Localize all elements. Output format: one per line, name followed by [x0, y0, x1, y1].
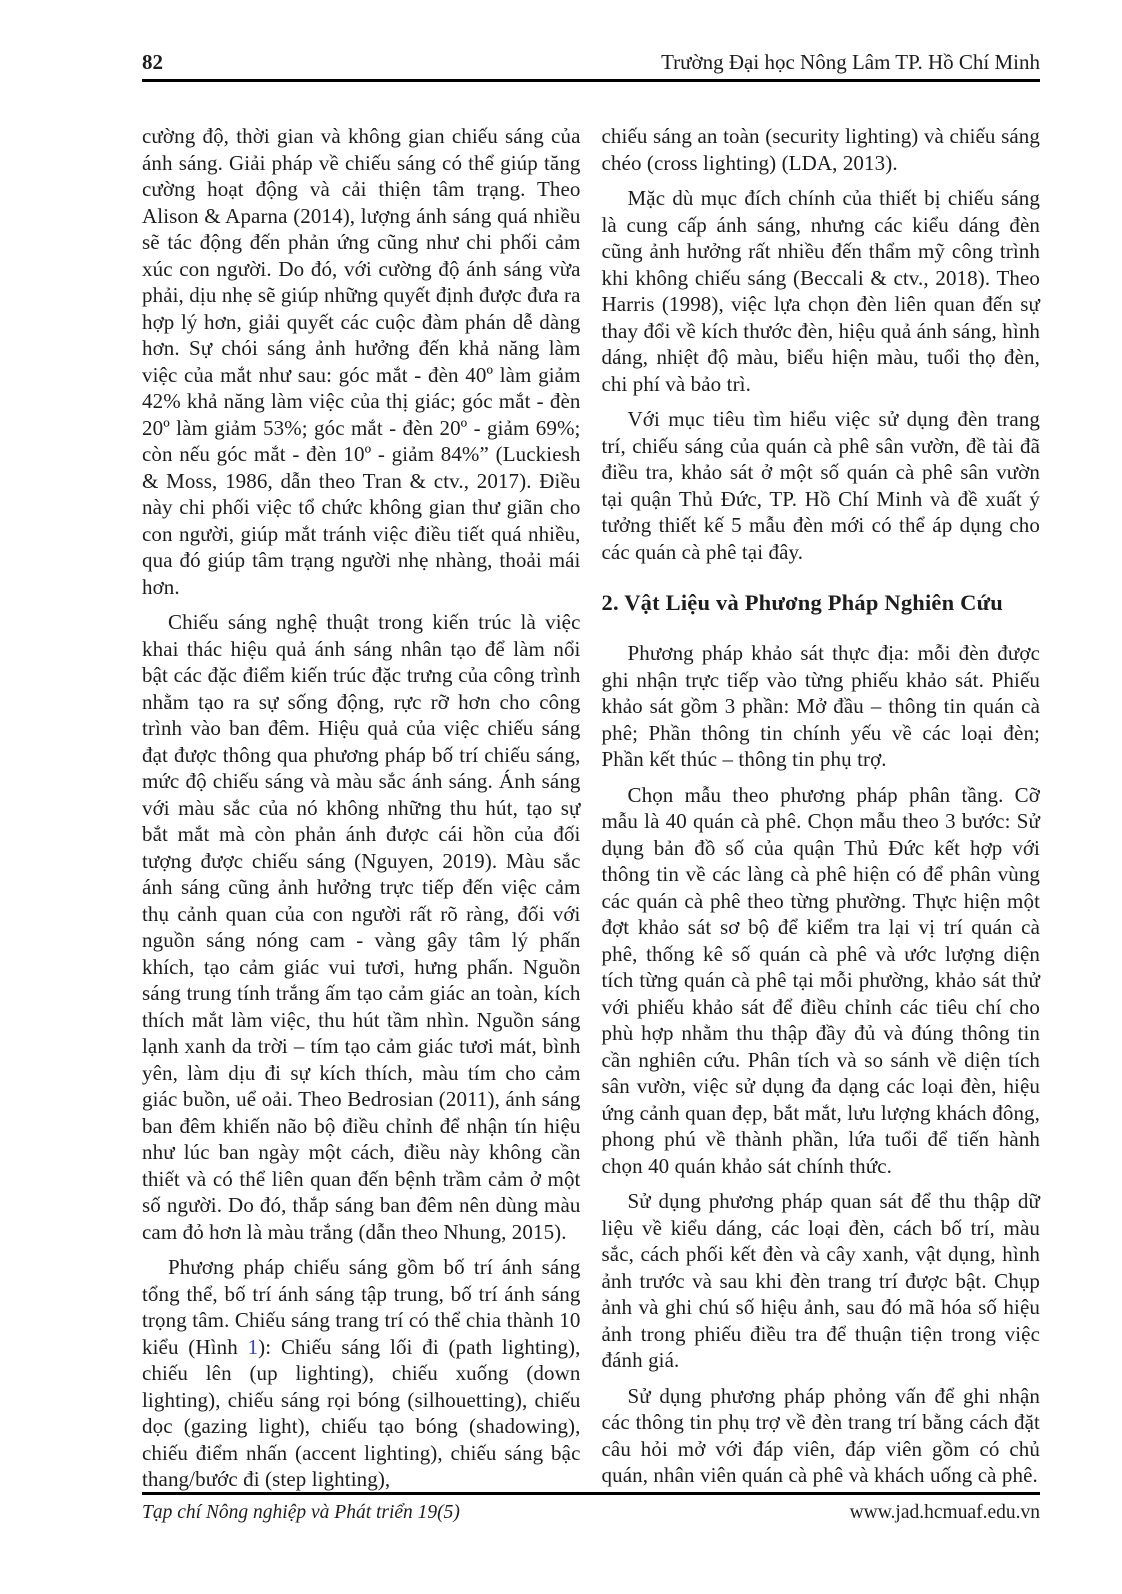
paragraph: Phương pháp chiếu sáng gồm bố trí ánh sá… [142, 1254, 581, 1493]
text-run: chiếu sáng an toàn (security lighting) v… [602, 124, 1041, 175]
left-column: cường độ, thời gian và không gian chiếu … [142, 123, 581, 1493]
paragraph: cường độ, thời gian và không gian chiếu … [142, 123, 581, 600]
text-run: Phương pháp khảo sát thực địa: mỗi đèn đ… [602, 641, 1041, 771]
paragraph: chiếu sáng an toàn (security lighting) v… [602, 123, 1041, 176]
header-rule [142, 79, 1040, 82]
text-run: Mặc dù mục đích chính của thiết bị chiếu… [602, 186, 1041, 396]
journal-website: www.jad.hcmuaf.edu.vn [850, 1502, 1040, 1524]
right-column: chiếu sáng an toàn (security lighting) v… [602, 123, 1041, 1493]
text-run: Chọn mẫu theo phương pháp phân tầng. Cỡ … [602, 783, 1041, 1178]
paragraph: Sử dụng phương pháp phỏng vấn để ghi nhậ… [602, 1383, 1041, 1489]
journal-reference: Tạp chí Nông nghiệp và Phát triển 19(5) [142, 1502, 460, 1524]
text-run: Chiếu sáng nghệ thuật trong kiến trúc là… [142, 610, 581, 1244]
paragraph: Chọn mẫu theo phương pháp phân tầng. Cỡ … [602, 782, 1041, 1180]
text-run: Sử dụng phương pháp phỏng vấn để ghi nhậ… [602, 1384, 1041, 1488]
body-columns: cường độ, thời gian và không gian chiếu … [142, 123, 1040, 1493]
section-heading: 2. Vật Liệu và Phương Pháp Nghiên Cứu [602, 590, 1041, 616]
running-head: Trường Đại học Nông Lâm TP. Hồ Chí Minh [661, 50, 1040, 75]
paragraph: Chiếu sáng nghệ thuật trong kiến trúc là… [142, 609, 581, 1245]
page-footer: Tạp chí Nông nghiệp và Phát triển 19(5) … [142, 1502, 1040, 1524]
figure-1-link[interactable]: 1 [248, 1335, 259, 1359]
text-run: cường độ, thời gian và không gian chiếu … [142, 124, 581, 599]
journal-page: 82 Trường Đại học Nông Lâm TP. Hồ Chí Mi… [0, 0, 1122, 1594]
paragraph: Phương pháp khảo sát thực địa: mỗi đèn đ… [602, 640, 1041, 773]
paragraph: Mặc dù mục đích chính của thiết bị chiếu… [602, 185, 1041, 397]
text-run: Sử dụng phương pháp quan sát để thu thập… [602, 1189, 1041, 1372]
paragraph: Sử dụng phương pháp quan sát để thu thập… [602, 1188, 1041, 1374]
page-number: 82 [142, 50, 163, 75]
footer-rule [142, 1492, 1040, 1495]
text-run: Với mục tiêu tìm hiểu việc sử dụng đèn t… [602, 407, 1041, 564]
page-header: 82 Trường Đại học Nông Lâm TP. Hồ Chí Mi… [142, 50, 1040, 75]
paragraph: Với mục tiêu tìm hiểu việc sử dụng đèn t… [602, 406, 1041, 565]
